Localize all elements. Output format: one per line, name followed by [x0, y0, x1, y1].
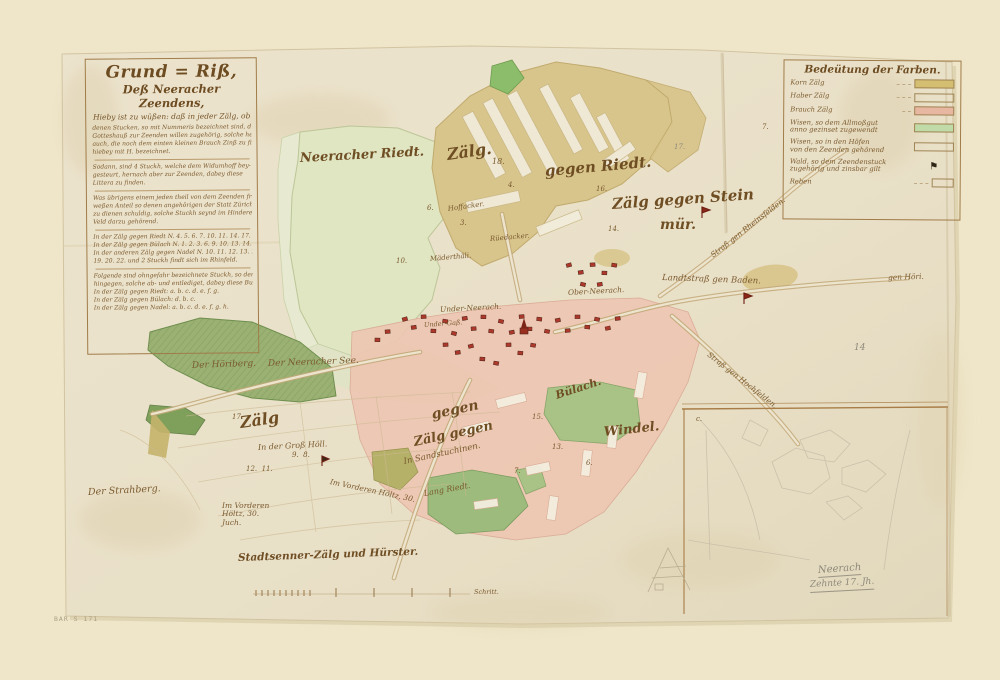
house-symbol [375, 338, 380, 342]
cartouche-line: hiebey mit H. bezeichnet. [92, 147, 251, 156]
house-symbol [488, 329, 493, 333]
legend-entry-dashes: – – [902, 107, 911, 115]
map-label: 13. [552, 444, 563, 452]
map-label: 10. [396, 258, 407, 266]
scanned-map-sheet: Grund = Riß, Deß Neeracher Zeendens, Hie… [0, 0, 1000, 680]
cartouche-line: 19. 20. 22. und 2 Stuckh findt sich im R… [93, 256, 252, 265]
map-label: 14 [854, 344, 865, 354]
house-symbol [493, 361, 499, 365]
legend-entry: Wald, so dem Zeendenstuck zugehörig und … [790, 158, 954, 174]
legend-entry-label: Reben [790, 178, 911, 186]
map-label: 6. [427, 205, 434, 213]
legend-entry-dashes: – – – [914, 179, 929, 187]
legend-title: Bedeütung der Farben. [790, 63, 954, 76]
house-symbol [585, 325, 590, 329]
cartouche-line [95, 189, 250, 191]
cartouche-line: Veld darzu gehörend. [93, 217, 252, 226]
cartouche-line: gesteurt, hernach aber zur Zeenden, dabe… [93, 170, 252, 179]
legend-entry: Reben– – – [790, 177, 954, 187]
house-symbol [575, 315, 580, 319]
cartouche-line: zu dienen schuldig, solche Stuckh seynd … [93, 209, 252, 218]
map-label: 9. 8. [292, 452, 310, 460]
cartouche-line [95, 158, 250, 160]
house-symbol [590, 263, 595, 267]
map-label: 15. [532, 414, 543, 422]
map-label: 4. [508, 182, 515, 190]
house-symbol [602, 271, 607, 275]
map-label: 17. [232, 414, 243, 422]
house-symbol [605, 326, 611, 331]
legend-entry-swatch [914, 79, 954, 88]
legend-entry-swatch [914, 142, 954, 151]
house-symbol [431, 329, 436, 333]
house-symbol [421, 315, 426, 319]
legend-entry-swatch [914, 106, 954, 115]
map-label: c. [696, 416, 702, 424]
cartouche-body: denen Stucken, so mit Nummeris bezeichne… [92, 123, 253, 312]
house-symbol [481, 315, 486, 319]
legend-entry: Brauch Zälg– – [790, 105, 954, 115]
legend-entry-swatch [914, 123, 954, 132]
legend-entry-label: Korn Zälg [790, 79, 893, 87]
house-symbol [471, 327, 476, 331]
house-symbol [594, 317, 600, 322]
map-label: 7. [514, 468, 521, 476]
map-label: mür. [660, 218, 696, 233]
house-symbol [565, 328, 570, 332]
legend-entry-dashes: – – – [896, 93, 911, 101]
cartouche-line: Littera zu finden. [93, 178, 252, 187]
house-symbol [455, 350, 460, 354]
legend-entry: Korn Zälg– – – [790, 78, 954, 88]
house-symbol [611, 263, 617, 267]
map-label: 16. [596, 186, 607, 194]
legend-entry-label: Wisen, so dem Allmoßgut anno gezinset zu… [790, 119, 908, 135]
legend-entry-label: Brauch Zälg [790, 106, 899, 114]
house-symbol [411, 325, 417, 329]
house-symbol [537, 317, 542, 321]
house-symbol [519, 315, 524, 319]
house-symbol [518, 351, 523, 355]
map-label: BAR S 171 [54, 616, 98, 623]
house-symbol [578, 270, 584, 274]
map-label: 6. [586, 460, 593, 468]
title-cartouche: Grund = Riß, Deß Neeracher Zeendens, Hie… [85, 57, 260, 354]
house-symbol [555, 318, 561, 323]
house-symbol [443, 343, 448, 347]
color-legend: Bedeütung der Farben. Korn Zälg– – –Habe… [782, 59, 961, 220]
wald-flag-icon: ⚑ [914, 162, 954, 171]
cartouche-intro: Hieby ist zu wüßen: daß in jeder Zälg, o… [92, 111, 251, 121]
legend-entry-label: Wald, so dem Zeendenstuck zugehörig und … [790, 158, 908, 174]
legend-entry-swatch [914, 93, 954, 102]
house-symbol [509, 330, 515, 334]
legend-entry: Wisen, so in den Höfen von den Zeenden g… [790, 138, 954, 154]
house-symbol [480, 357, 485, 361]
legend-rows: Korn Zälg– – –Haber Zälg– – –Brauch Zälg… [790, 78, 955, 187]
house-symbol [385, 330, 390, 334]
house-symbol [530, 343, 536, 347]
map-label: 3. [460, 220, 467, 228]
legend-entry: Wisen, so dem Allmoßgut anno gezinset zu… [790, 119, 954, 135]
legend-entry-label: Haber Zälg [790, 93, 893, 101]
legend-entry: Haber Zälg– – – [790, 92, 954, 102]
cartouche-line [95, 228, 250, 230]
map-label: 12. 11. [246, 466, 273, 474]
house-symbol [615, 316, 620, 320]
map-subtitle: Deß Neeracher Zeendens, [92, 81, 251, 110]
legend-entry-dashes: – – – [896, 80, 911, 88]
legend-entry-swatch [932, 178, 954, 187]
house-symbol [462, 316, 468, 320]
cartouche-line: In der Zälg gegen Nadel: a. b. c. d. e. … [94, 303, 253, 312]
map-title: Grund = Riß, [92, 61, 251, 82]
map-label: Im Vorderen Höltz, 30. Juch. [222, 502, 269, 527]
map-label: gen Höri. [888, 273, 924, 282]
cartouche-line: auch, die noch dem einten kleinen Brauch… [92, 139, 251, 148]
map-label: Schritt. [474, 589, 499, 596]
map-label: 7. [762, 124, 769, 132]
legend-entry-label: Wisen, so in den Höfen von den Zeenden g… [790, 138, 908, 154]
map-label: 18. [492, 158, 505, 167]
cartouche-line [96, 267, 251, 269]
map-label: 14. [608, 226, 619, 234]
map-label: 17. [674, 144, 685, 152]
house-symbol [506, 343, 511, 347]
house-symbol [544, 329, 550, 334]
